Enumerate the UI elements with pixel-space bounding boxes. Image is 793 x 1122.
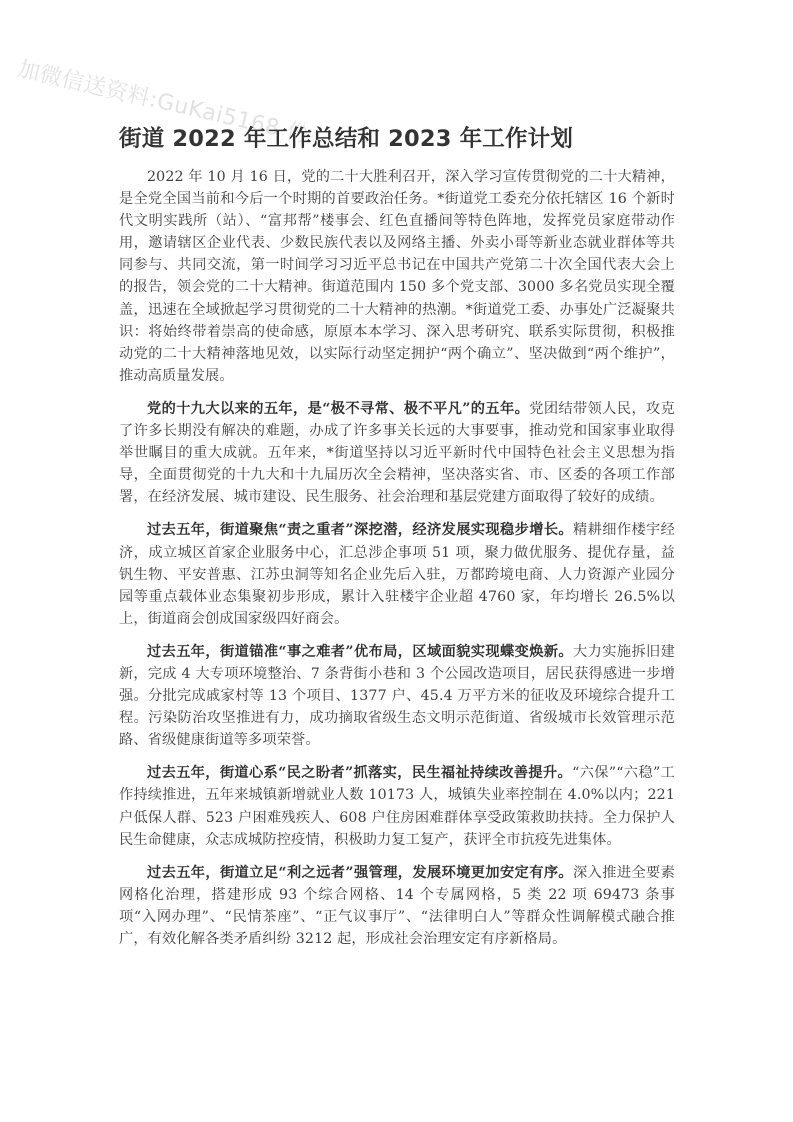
paragraph-urban: 过去五年，街道锚准“事之难者”优布局，区域面貌实现蝶变焕新。大力实施拆旧建新，完… (119, 641, 675, 751)
paragraph-lead: 过去五年，街道心系“民之盼者”抓落实，民生福祉持续改善提升。 (147, 765, 572, 781)
paragraph-lead: 过去五年，街道锚准“事之难者”优布局，区域面貌实现蝶变焕新。 (147, 644, 573, 660)
paragraph-five-years: 党的十九大以来的五年，是“极不寻常、极不平凡”的五年。党团结带领人民，攻克了许多… (119, 398, 675, 508)
paragraph-lead: 党的十九大以来的五年，是“极不寻常、极不平凡”的五年。 (147, 401, 529, 417)
paragraph-governance: 过去五年，街道立足“利之远者”强管理，发展环境更加安定有序。深入推进全要素网格化… (119, 862, 675, 950)
paragraph-livelihood: 过去五年，街道心系“民之盼者”抓落实，民生福祉持续改善提升。“六保”“六稳”工作… (119, 762, 675, 850)
paragraph-economy: 过去五年，街道聚焦“责之重者”深挖潜，经济发展实现稳步增长。精耕细作楼宇经济，成… (119, 519, 675, 629)
paragraph-text: 2022 年 10 月 16 日，党的二十大胜利召开，深入学习宣传贯彻党的二十大… (119, 169, 675, 384)
paragraph-lead: 过去五年，街道立足“利之远者”强管理，发展环境更加安定有序。 (147, 865, 573, 881)
paragraph-intro: 2022 年 10 月 16 日，党的二十大胜利召开，深入学习宣传贯彻党的二十大… (119, 166, 675, 387)
document-body: 2022 年 10 月 16 日，党的二十大胜利召开，深入学习宣传贯彻党的二十大… (119, 166, 675, 961)
document-title: 街道 2022 年工作总结和 2023 年工作计划 (119, 121, 573, 153)
paragraph-lead: 过去五年，街道聚焦“责之重者”深挖潜，经济发展实现稳步增长。 (147, 522, 573, 538)
